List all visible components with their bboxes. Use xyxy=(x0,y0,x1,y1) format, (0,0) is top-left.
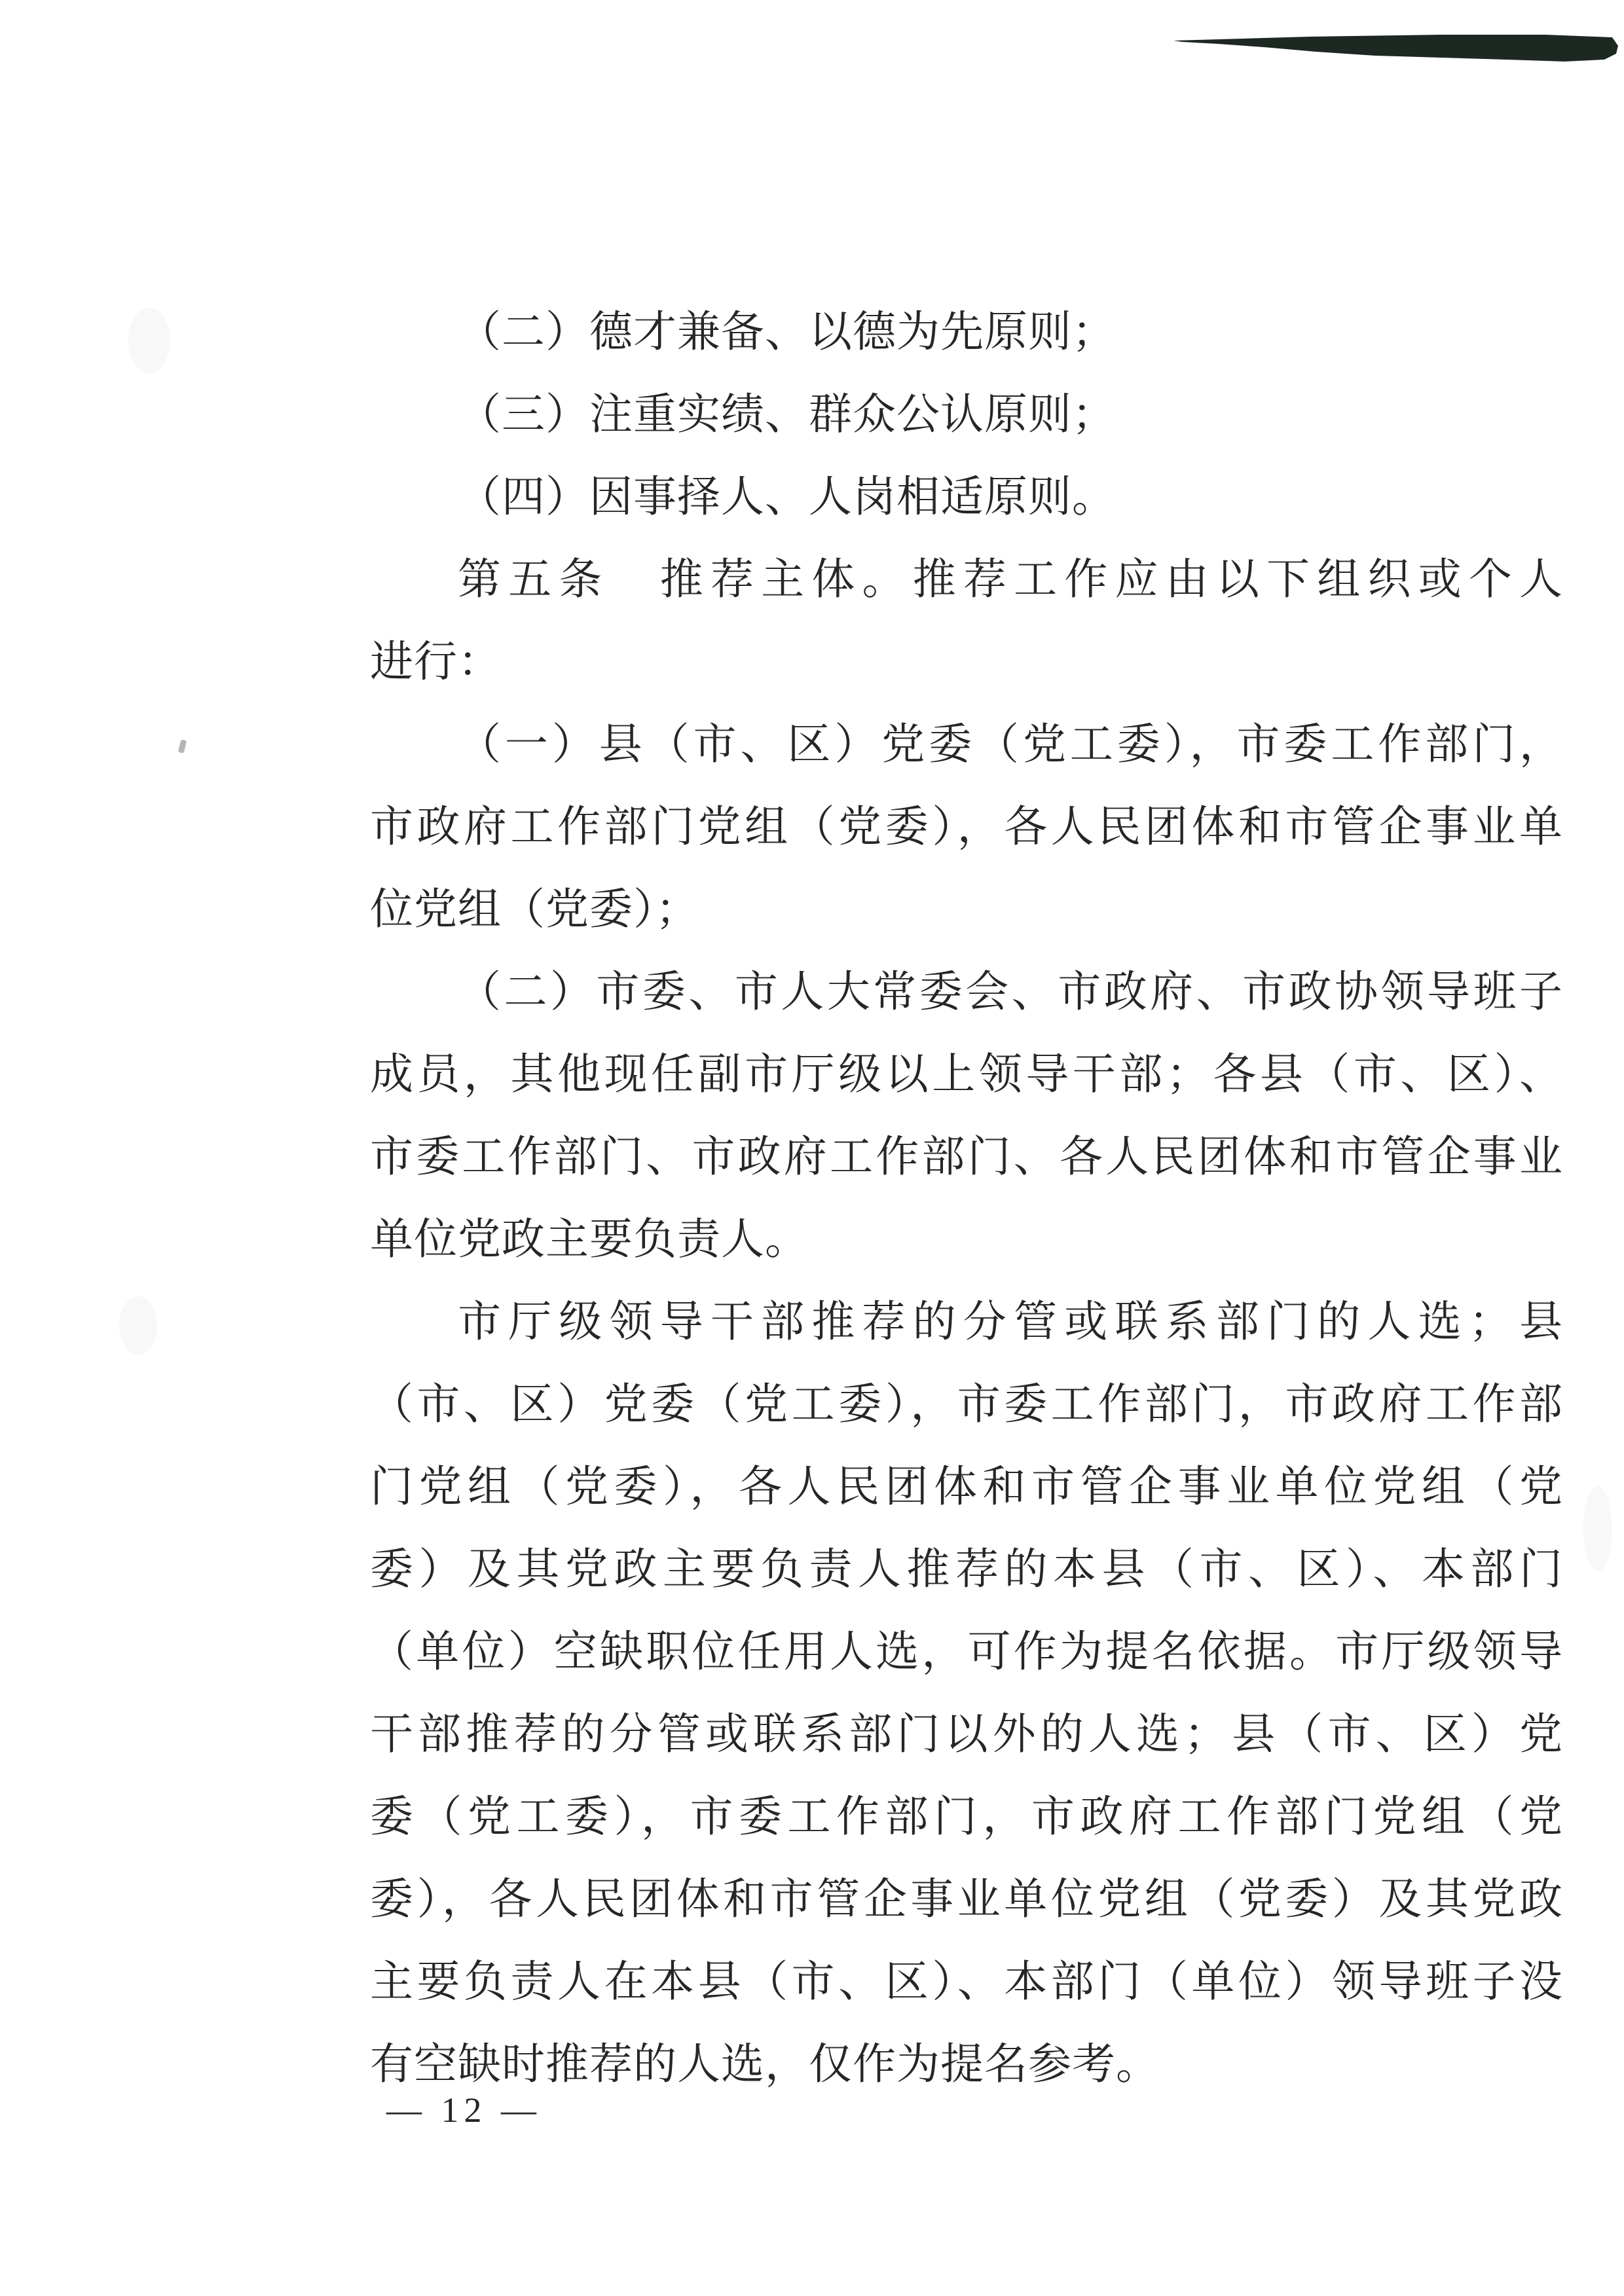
text-line: 第五条 推荐主体。推荐工作应由以下组织或个人 xyxy=(370,539,1563,621)
text-line: 进行： xyxy=(370,621,1563,704)
text-line: 委），各人民团体和市管企事业单位党组（党委）及其党政 xyxy=(370,1859,1563,1941)
text-line: 成员，其他现任副市厅级以上领导干部；各县（市、区）、 xyxy=(370,1034,1563,1116)
text-line: 委）及其党政主要负责人推荐的本县（市、区）、本部门 xyxy=(370,1529,1563,1611)
text-line: （二）德才兼备、以德为先原则； xyxy=(370,291,1563,374)
scan-smudge xyxy=(128,308,170,373)
text-line: （二）市委、市人大常委会、市政府、市政协领导班子 xyxy=(370,951,1563,1034)
document-page: （二）德才兼备、以德为先原则；（三）注重实绩、群众公认原则；（四）因事择人、人岗… xyxy=(0,0,1624,2296)
text-line: 干部推荐的分管或联系部门以外的人选；县（市、区）党 xyxy=(370,1694,1563,1776)
text-line: 位党组（党委）； xyxy=(370,869,1563,951)
text-line: （单位）空缺职位任用人选，可作为提名依据。市厅级领导 xyxy=(370,1611,1563,1694)
scan-smudge xyxy=(119,1296,157,1355)
scan-smudge xyxy=(1583,1486,1612,1571)
text-line: 市政府工作部门党组（党委），各人民团体和市管企事业单 xyxy=(370,786,1563,869)
text-line: 市厅级领导干部推荐的分管或联系部门的人选；县 xyxy=(370,1281,1563,1364)
text-line: 主要负责人在本县（市、区）、本部门（单位）领导班子没 xyxy=(370,1941,1563,2024)
text-line: （三）注重实绩、群众公认原则； xyxy=(370,374,1563,456)
text-line: （一）县（市、区）党委（党工委），市委工作部门， xyxy=(370,704,1563,786)
text-line: 单位党政主要负责人。 xyxy=(370,1199,1563,1281)
scan-speck xyxy=(178,739,187,754)
text-line: （市、区）党委（党工委），市委工作部门，市政府工作部 xyxy=(370,1364,1563,1446)
page-number: — 12 — xyxy=(386,2090,542,2130)
text-line: 委（党工委），市委工作部门，市政府工作部门党组（党 xyxy=(370,1776,1563,1859)
document-body: （二）德才兼备、以德为先原则；（三）注重实绩、群众公认原则；（四）因事择人、人岗… xyxy=(370,291,1563,2106)
text-line: 有空缺时推荐的人选，仅作为提名参考。 xyxy=(370,2024,1563,2106)
text-line: 门党组（党委），各人民团体和市管企事业单位党组（党 xyxy=(370,1446,1563,1529)
text-line: 市委工作部门、市政府工作部门、各人民团体和市管企事业 xyxy=(370,1116,1563,1199)
text-line: （四）因事择人、人岗相适原则。 xyxy=(370,456,1563,539)
